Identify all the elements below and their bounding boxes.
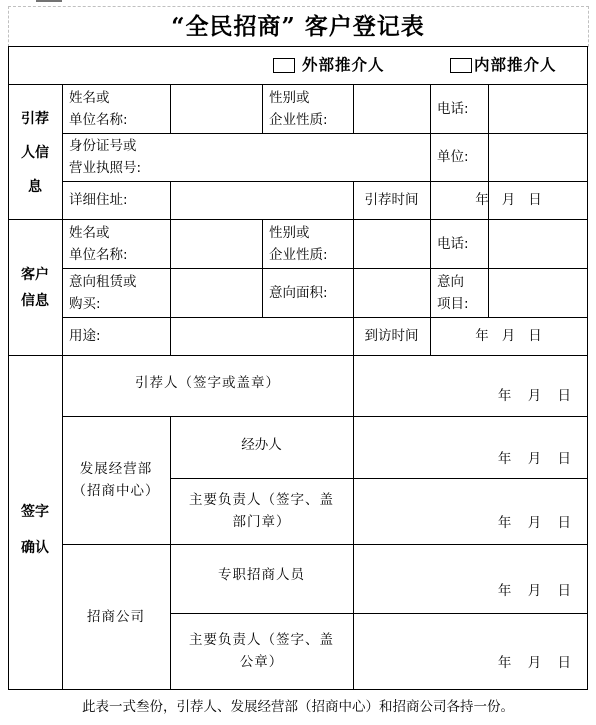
customer-project-field[interactable] [488,268,587,317]
dept-head-sign-field[interactable]: 年 月 日 [353,478,587,544]
internal-referrer-checkbox[interactable] [450,58,472,73]
label-line: 主要负责人（签字、盖 [189,629,334,651]
referral-date-field[interactable]: 年 月 日 [430,181,587,219]
day-label: 日 [558,514,572,532]
label-line: 公章） [240,651,284,673]
external-referrer-label: 外部推介人 [302,55,385,75]
day-label: 日 [558,582,572,600]
day-label: 日 [558,450,572,468]
referrer-phone-label: 电话: [430,84,488,133]
referrer-unit-label: 单位: [430,133,488,181]
section-label-line: 签字 [21,499,49,525]
month-label: 月 [528,514,542,532]
label-line: 营业执照号: [69,157,141,179]
day-label: 日 [558,387,572,405]
customer-section-label: 客户 信息 [8,221,62,355]
year-label: 年 [498,450,512,468]
dept-handler-label: 经办人 [170,416,353,478]
footer-note: 此表一式叁份，引荐人、发展经营部（招商中心）和招商公司各持一份。 [0,697,596,717]
company-label: 招商公司 [62,544,170,689]
visit-time-label: 到访时间 [353,317,430,355]
month-label: 月 [502,189,516,211]
label-line: 意向 [437,271,464,293]
month-label: 月 [528,450,542,468]
signature-section-label: 签字 确认 [8,480,62,580]
day-label: 日 [528,325,542,347]
label-line: 单位名称: [69,109,128,131]
referrer-id-field[interactable] [170,133,430,181]
company-head-sign-field[interactable]: 年 月 日 [353,613,587,689]
page-title: “全民招商” 客户登记表 [8,8,588,46]
customer-phone-field[interactable] [488,219,587,268]
day-label: 日 [558,654,572,672]
label-line: 性别或 [269,87,310,109]
year-label: 年 [498,514,512,532]
label-line: 性别或 [269,222,310,244]
internal-referrer-label: 内部推介人 [474,55,557,75]
label-line: 部门章） [233,511,291,533]
customer-gender-field[interactable] [353,219,430,268]
referrer-sign-field[interactable]: 年 月 日 [353,355,587,416]
year-label: 年 [498,582,512,600]
customer-usage-label: 用途: [62,317,170,355]
section-label-line: 人信 [21,140,49,166]
year-label: 年 [498,387,512,405]
customer-intent-label: 意向租赁或 购买: [62,268,170,317]
month-label: 月 [528,582,542,600]
year-label: 年 [498,654,512,672]
referrer-address-label: 详细住址: [62,181,170,219]
section-label-line: 信息 [21,288,49,314]
year-label: 年 [475,189,489,211]
cropped-header-fragment [36,0,62,2]
customer-project-label: 意向 项目: [430,268,488,317]
referrer-name-field[interactable] [170,84,262,133]
customer-name-label: 姓名或 单位名称: [62,219,170,268]
referrer-id-label: 身份证号或 营业执照号: [62,133,170,181]
referrer-sign-date: 年 月 日 [498,387,571,405]
section-label-line: 引荐 [21,106,49,132]
referrer-name-label: 姓名或 单位名称: [62,84,170,133]
label-line: 购买: [69,293,101,315]
month-label: 月 [502,325,516,347]
label-line: 姓名或 [69,222,110,244]
customer-gender-label: 性别或 企业性质: [262,219,353,268]
customer-phone-label: 电话: [430,219,488,268]
referrer-phone-field[interactable] [488,84,587,133]
dept-head-label: 主要负责人（签字、盖 部门章） [170,478,353,544]
month-label: 月 [528,654,542,672]
day-label: 日 [528,189,542,211]
company-head-label: 主要负责人（签字、盖 公章） [170,613,353,689]
company-agent-label: 专职招商人员 [170,544,353,613]
referrer-gender-label: 性别或 企业性质: [262,84,353,133]
referrer-unit-field[interactable] [488,133,587,181]
year-label: 年 [475,325,489,347]
label-line: 企业性质: [269,244,328,266]
month-label: 月 [528,387,542,405]
referrer-sign-label: 引荐人（签字或盖章） [62,357,353,409]
referral-time-label: 引荐时间 [353,181,430,219]
label-line: 单位名称: [69,244,128,266]
label-line: 意向租赁或 [69,271,137,293]
label-line: 主要负责人（签字、盖 [189,489,334,511]
section-label-line: 确认 [21,535,49,561]
customer-intent-field[interactable] [170,268,262,317]
dept-label: 发展经营部 （招商中心） [62,416,170,544]
dept-handler-sign-field[interactable]: 年 月 日 [353,416,587,478]
label-line: 发展经营部 [80,458,153,480]
external-referrer-checkbox[interactable] [273,58,295,73]
referrer-gender-field[interactable] [353,84,430,133]
customer-area-label: 意向面积: [262,268,353,317]
dept-handler-date: 年 月 日 [498,450,571,468]
label-line: 项目: [437,293,469,315]
label-line: 姓名或 [69,87,110,109]
customer-area-field[interactable] [353,268,430,317]
visit-date-field[interactable]: 年 月 日 [430,317,587,355]
section-label-line: 息 [28,174,42,200]
company-agent-sign-field[interactable]: 年 月 日 [353,544,587,613]
company-agent-date: 年 月 日 [498,582,571,600]
label-line: 企业性质: [269,109,328,131]
referrer-section-label: 引荐 人信 息 [8,86,62,219]
customer-usage-field[interactable] [170,317,353,355]
dept-head-date: 年 月 日 [498,514,571,532]
section-label-line: 客户 [21,262,49,288]
label-line: 身份证号或 [69,135,137,157]
customer-name-field[interactable] [170,219,262,268]
referrer-address-field[interactable] [170,181,353,219]
company-head-date: 年 月 日 [498,654,571,672]
label-line: （招商中心） [73,480,160,502]
